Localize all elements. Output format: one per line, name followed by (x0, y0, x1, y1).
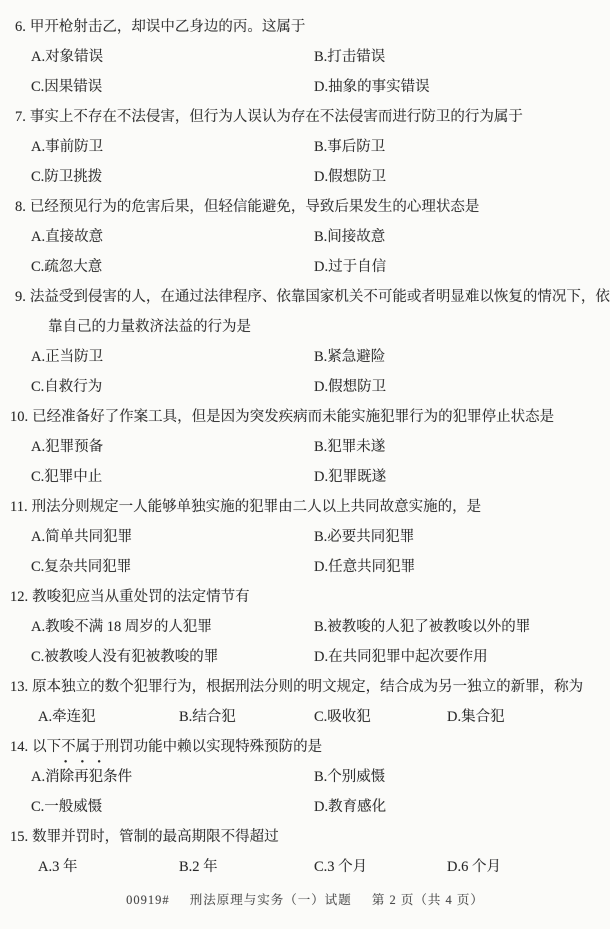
option-c: C.复杂共同犯罪 (31, 552, 314, 582)
question-stem: 9.法益受到侵害的人，在通过法律程序、依靠国家机关不可能或者明显难以恢复的情况下… (0, 282, 610, 312)
question-number: 9. (15, 289, 26, 305)
question-stem: 12.教唆犯应当从重处罚的法定情节有 (0, 582, 610, 612)
option-row: C.被教唆人没有犯被教唆的罪 D.在共同犯罪中起次要作用 (0, 642, 610, 672)
option-row: A.3 年 B.2 年 C.3 个月 D.6 个月 (0, 852, 610, 882)
option-b: B.必要共同犯罪 (314, 522, 414, 552)
option-c: C.犯罪中止 (31, 462, 314, 492)
option-d: D.集合犯 (447, 702, 505, 732)
question-8: 8.已经预见行为的危害后果，但轻信能避免，导致后果发生的心理状态是 A.直接故意… (0, 192, 610, 282)
question-stem: 8.已经预见行为的危害后果，但轻信能避免，导致后果发生的心理状态是 (0, 192, 610, 222)
option-b: B.间接故意 (314, 222, 385, 252)
option-c: C.自救行为 (31, 372, 314, 402)
question-9: 9.法益受到侵害的人，在通过法律程序、依靠国家机关不可能或者明显难以恢复的情况下… (0, 282, 610, 402)
option-c: C.疏忽大意 (31, 252, 314, 282)
option-d: D.过于自信 (314, 252, 386, 282)
question-stem-text: 法益受到侵害的人，在通过法律程序、依靠国家机关不可能或者明显难以恢复的情况下，依 (30, 289, 610, 305)
exam-page: 6.甲开枪射击乙，却误中乙身边的丙。这属于 A.对象错误 B.打击错误 C.因果… (0, 0, 610, 929)
question-stem-text: 甲开枪射击乙，却误中乙身边的丙。这属于 (30, 19, 306, 35)
question-stem-text: 原本独立的数个犯罪行为，根据刑法分则的明文规定，结合成为另一独立的新罪，称为 (32, 679, 583, 695)
option-a: A.犯罪预备 (31, 432, 314, 462)
question-stem-text: 已经准备好了作案工具，但是因为突发疾病而未能实施犯罪行为的犯罪停止状态是 (32, 409, 554, 425)
option-row: A.牵连犯 B.结合犯 C.吸收犯 D.集合犯 (0, 702, 610, 732)
option-row: A.简单共同犯罪 B.必要共同犯罪 (0, 522, 610, 552)
exam-title: 刑法原理与实务（一）试题 (190, 893, 352, 907)
option-c: C.吸收犯 (314, 702, 447, 732)
option-b: B.结合犯 (179, 702, 314, 732)
question-13: 13.原本独立的数个犯罪行为，根据刑法分则的明文规定，结合成为另一独立的新罪，称… (0, 672, 610, 732)
question-stem-text: 刑罚功能中赖以实现特殊预防的是 (105, 739, 323, 755)
question-stem: 7.事实上不存在不法侵害，但行为人误认为存在不法侵害而进行防卫的行为属于 (0, 102, 610, 132)
question-number: 14. (10, 739, 28, 755)
question-stem-line2: 靠自己的力量救济法益的行为是 (0, 312, 610, 342)
option-a: A.事前防卫 (31, 132, 314, 162)
option-d: D.犯罪既遂 (314, 462, 386, 492)
question-stem: 10.已经准备好了作案工具，但是因为突发疾病而未能实施犯罪行为的犯罪停止状态是 (0, 402, 610, 432)
option-b: B.事后防卫 (314, 132, 385, 162)
option-b: B.紧急避险 (314, 342, 385, 372)
option-c: C.因果错误 (31, 72, 314, 102)
question-stem-text: 以下 (32, 739, 61, 755)
question-6: 6.甲开枪射击乙，却误中乙身边的丙。这属于 A.对象错误 B.打击错误 C.因果… (0, 12, 610, 102)
question-number: 7. (15, 109, 26, 125)
option-row: C.一般威慑 D.教育感化 (0, 792, 610, 822)
option-a: A.对象错误 (31, 42, 314, 72)
option-b: B.2 年 (179, 852, 314, 882)
page-number: 第 2 页（共 4 页） (372, 893, 484, 907)
question-12: 12.教唆犯应当从重处罚的法定情节有 A.教唆不满 18 周岁的人犯罪 B.被教… (0, 582, 610, 672)
question-stem-emphasized-text: 不属于 (61, 732, 105, 762)
option-b: B.个别威慑 (314, 762, 385, 792)
page-footer: 00919# 刑法原理与实务（一）试题 第 2 页（共 4 页） (0, 891, 610, 909)
option-c: C.被教唆人没有犯被教唆的罪 (31, 642, 314, 672)
option-d: D.在共同犯罪中起次要作用 (314, 642, 488, 672)
option-d: D.6 个月 (447, 852, 501, 882)
question-stem: 11.刑法分则规定一人能够单独实施的犯罪由二人以上共同故意实施的，是 (0, 492, 610, 522)
question-14: 14.以下不属于刑罚功能中赖以实现特殊预防的是 A.消除再犯条件 B.个别威慑 … (0, 732, 610, 822)
question-number: 10. (10, 409, 28, 425)
option-a: A.正当防卫 (31, 342, 314, 372)
question-stem-text: 刑法分则规定一人能够单独实施的犯罪由二人以上共同故意实施的，是 (32, 499, 482, 515)
option-row: C.疏忽大意 D.过于自信 (0, 252, 610, 282)
option-row: A.犯罪预备 B.犯罪未遂 (0, 432, 610, 462)
question-number: 8. (15, 199, 26, 215)
option-row: C.自救行为 D.假想防卫 (0, 372, 610, 402)
option-row: C.犯罪中止 D.犯罪既遂 (0, 462, 610, 492)
option-row: A.教唆不满 18 周岁的人犯罪 B.被教唆的人犯了被教唆以外的罪 (0, 612, 610, 642)
question-number: 12. (10, 589, 28, 605)
question-15: 15.数罪并罚时，管制的最高期限不得超过 A.3 年 B.2 年 C.3 个月 … (0, 822, 610, 882)
option-d: D.任意共同犯罪 (314, 552, 415, 582)
option-c: C.防卫挑拨 (31, 162, 314, 192)
option-a: A.简单共同犯罪 (31, 522, 314, 552)
option-a: A.直接故意 (31, 222, 314, 252)
question-number: 13. (10, 679, 28, 695)
option-row: A.直接故意 B.间接故意 (0, 222, 610, 252)
option-d: D.假想防卫 (314, 162, 386, 192)
question-stem-text: 教唆犯应当从重处罚的法定情节有 (32, 589, 250, 605)
question-number: 6. (15, 19, 26, 35)
question-10: 10.已经准备好了作案工具，但是因为突发疾病而未能实施犯罪行为的犯罪停止状态是 … (0, 402, 610, 492)
question-stem: 14.以下不属于刑罚功能中赖以实现特殊预防的是 (0, 732, 610, 762)
question-stem-text: 事实上不存在不法侵害，但行为人误认为存在不法侵害而进行防卫的行为属于 (30, 109, 523, 125)
question-stem-text: 数罪并罚时，管制的最高期限不得超过 (32, 829, 279, 845)
option-b: B.犯罪未遂 (314, 432, 385, 462)
option-c: C.一般威慑 (31, 792, 314, 822)
question-stem: 13.原本独立的数个犯罪行为，根据刑法分则的明文规定，结合成为另一独立的新罪，称… (0, 672, 610, 702)
option-row: C.因果错误 D.抽象的事实错误 (0, 72, 610, 102)
option-row: C.防卫挑拨 D.假想防卫 (0, 162, 610, 192)
question-number: 15. (10, 829, 28, 845)
option-row: C.复杂共同犯罪 D.任意共同犯罪 (0, 552, 610, 582)
option-a: A.牵连犯 (38, 702, 179, 732)
question-stem-text: 已经预见行为的危害后果，但轻信能避免，导致后果发生的心理状态是 (30, 199, 480, 215)
option-b: B.打击错误 (314, 42, 385, 72)
option-b: B.被教唆的人犯了被教唆以外的罪 (314, 612, 530, 642)
exam-content: 6.甲开枪射击乙，却误中乙身边的丙。这属于 A.对象错误 B.打击错误 C.因果… (0, 0, 610, 882)
question-7: 7.事实上不存在不法侵害，但行为人误认为存在不法侵害而进行防卫的行为属于 A.事… (0, 102, 610, 192)
question-stem: 15.数罪并罚时，管制的最高期限不得超过 (0, 822, 610, 852)
option-d: D.抽象的事实错误 (314, 72, 430, 102)
option-row: A.正当防卫 B.紧急避险 (0, 342, 610, 372)
option-row: A.事前防卫 B.事后防卫 (0, 132, 610, 162)
option-d: D.教育感化 (314, 792, 386, 822)
option-d: D.假想防卫 (314, 372, 386, 402)
question-11: 11.刑法分则规定一人能够单独实施的犯罪由二人以上共同故意实施的，是 A.简单共… (0, 492, 610, 582)
option-a: A.教唆不满 18 周岁的人犯罪 (31, 612, 314, 642)
question-stem: 6.甲开枪射击乙，却误中乙身边的丙。这属于 (0, 12, 610, 42)
question-number: 11. (10, 499, 28, 515)
exam-code: 00919# (126, 893, 170, 907)
option-c: C.3 个月 (314, 852, 447, 882)
option-a: A.3 年 (38, 852, 179, 882)
option-row: A.对象错误 B.打击错误 (0, 42, 610, 72)
